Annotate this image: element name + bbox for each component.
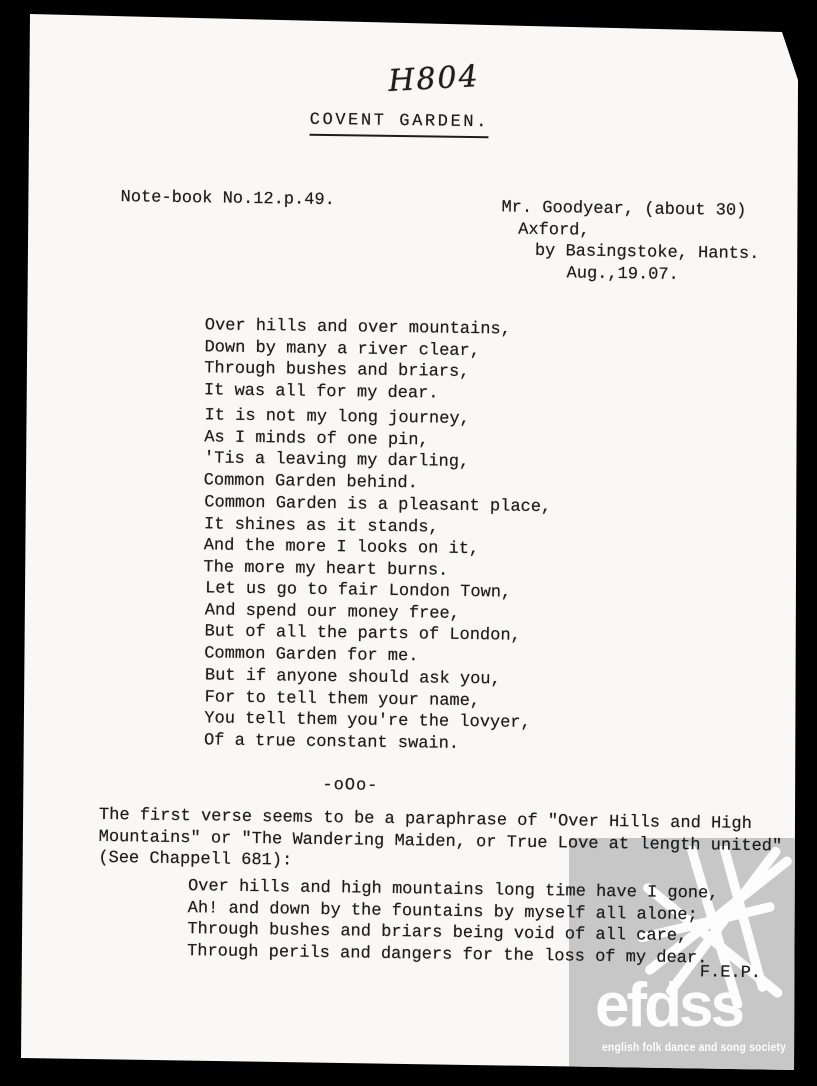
editor-commentary: The first verse seems to be a paraphrase… <box>98 805 782 879</box>
text-line: Aug.,19.07. <box>566 263 759 287</box>
text-line: by Basingstoke, Hants. <box>535 241 760 266</box>
scan-background: efdss english folk dance and song societ… <box>0 0 817 1086</box>
document-page: efdss english folk dance and song societ… <box>0 0 817 1086</box>
singer-details: Mr. Goodyear, (about 30)Axford,by Basing… <box>500 197 760 287</box>
typed-text-layer: H804 COVENT GARDEN. Note-book No.12.p.49… <box>0 0 817 1086</box>
text-line: It is not my long journey, <box>204 405 470 430</box>
song-title: COVENT GARDEN. <box>309 110 489 138</box>
text-line: Of a true constant swain. <box>204 730 531 756</box>
text-line: Common Garden behind. <box>204 470 470 495</box>
stanza-4: Let us go to fair London Town,And spend … <box>204 578 521 668</box>
stanza-1: Over hills and over mountains,Down by ma… <box>204 315 511 405</box>
section-separator: -oOo- <box>322 775 378 797</box>
text-line: Common Garden for me. <box>204 643 521 669</box>
stanza-2: It is not my long journey,As I minds of … <box>204 405 470 495</box>
editor-initials: F.E.P. <box>700 962 762 984</box>
text-line: Mr. Goodyear, (about 30) <box>501 197 760 222</box>
quoted-broadside-verse: Over hills and high mountains long time … <box>187 876 719 969</box>
stanza-5: But if anyone should ask you,For to tell… <box>204 665 532 756</box>
catalogue-number: H804 <box>388 66 480 93</box>
text-line: It was all for my dear. <box>204 380 510 406</box>
stanza-3: Common Garden is a pleasant place,It shi… <box>203 492 551 583</box>
notebook-reference: Note-book No.12.p.49. <box>120 187 335 211</box>
text-line: 'Tis a leaving my darling, <box>204 448 470 473</box>
